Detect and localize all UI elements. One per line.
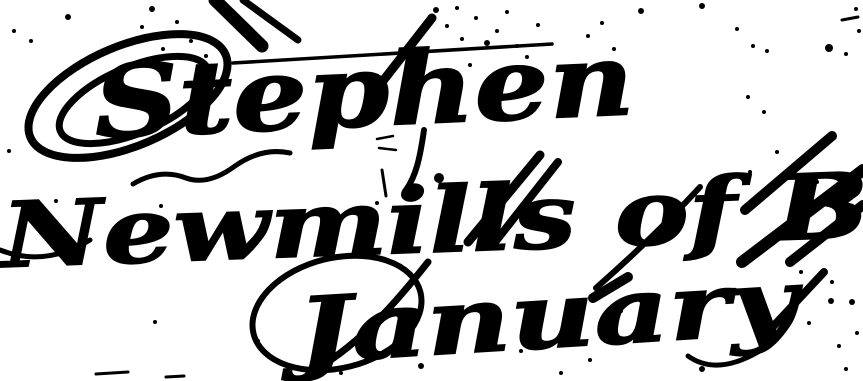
- handwriting-scan: Stephen Newmills of B: [0, 0, 863, 381]
- handwritten-word-stephen: Stephen: [92, 20, 637, 161]
- handwritten-line-1: Stephen: [11, 0, 636, 190]
- scanned-manuscript-page: Stephen Newmills of B: [0, 0, 863, 381]
